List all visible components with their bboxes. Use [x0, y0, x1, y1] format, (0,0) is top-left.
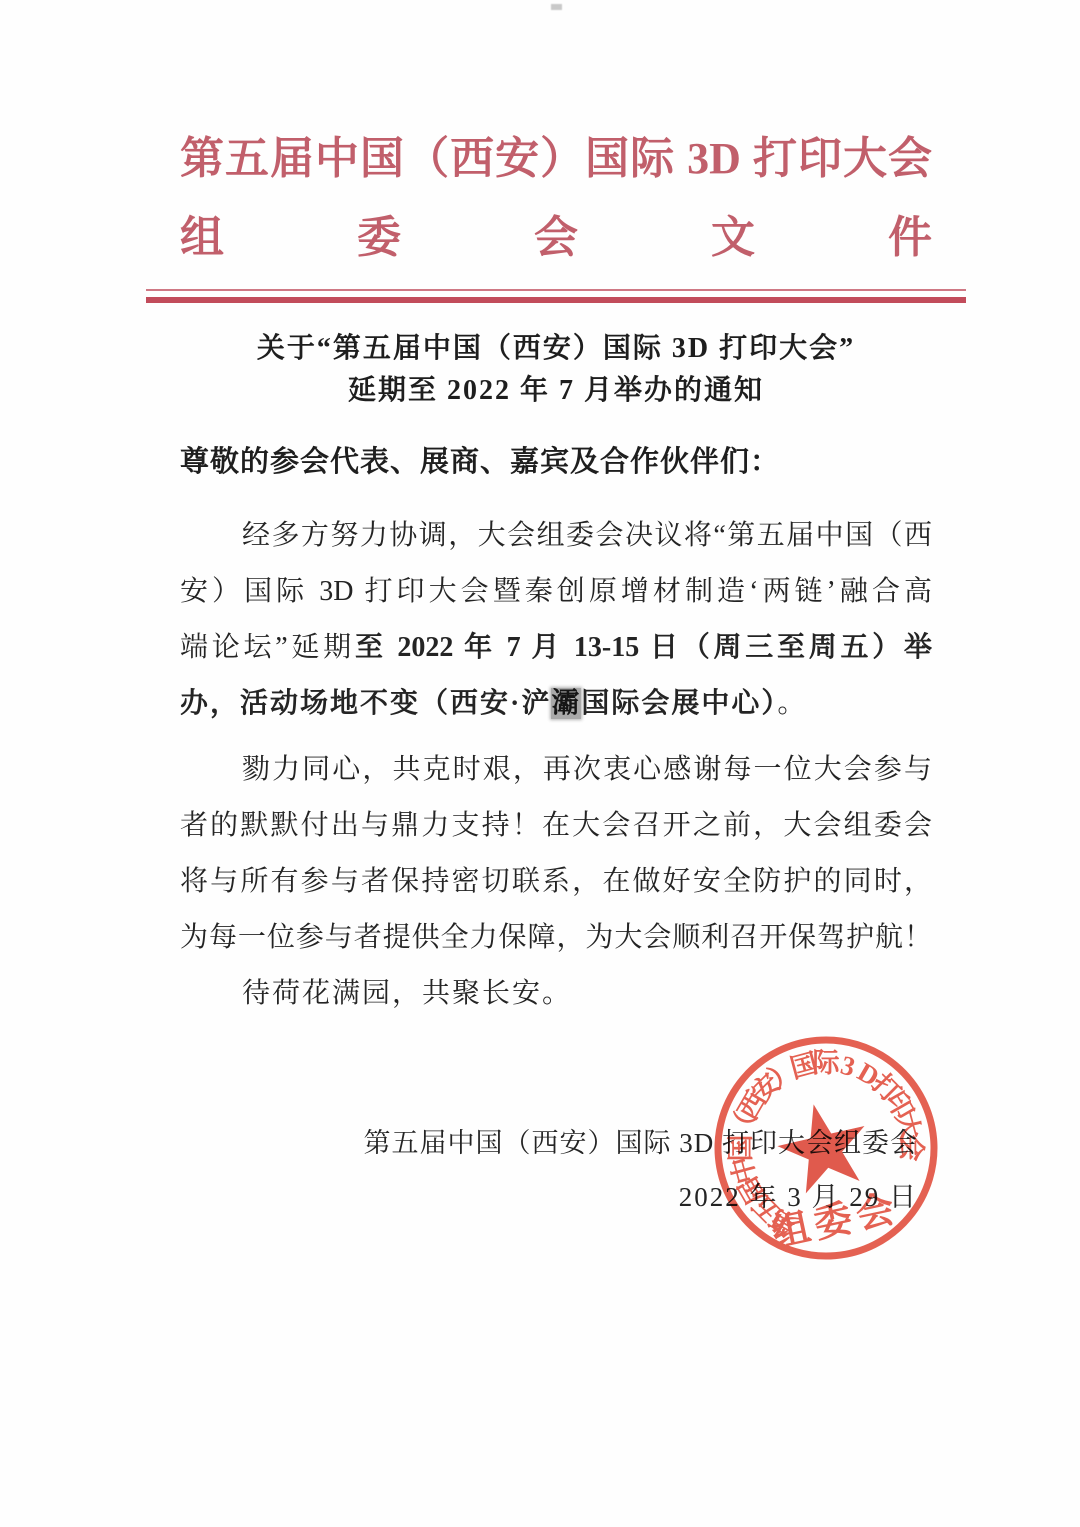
text-segment: 办，活动场地不变（西安·浐	[180, 688, 551, 719]
divider-rule-thick	[146, 297, 966, 303]
text-segment: 至 2022 年 7 月 13-15 日（周三至周五）举	[355, 632, 932, 663]
seal-ring-char: 会	[896, 1135, 926, 1162]
text-segment: 。	[777, 688, 807, 719]
text-segment: 者的默默付出与鼎力支持！在大会召开之前，大会组委会	[180, 810, 932, 841]
text-segment: 将与所有参与者保持密切联系，在做好安全防护的同时，	[180, 866, 932, 897]
body-line: 勠力同心，共克时艰，再次衷心感谢每一位大会参与	[180, 742, 932, 798]
red-star-icon	[770, 1094, 876, 1197]
text-segment: 为每一位参与者提供全力保障，为大会顺利召开保驾护航！	[180, 922, 932, 953]
paragraph: 勠力同心，共克时艰，再次衷心感谢每一位大会参与者的默默付出与鼎力支持！在大会召开…	[180, 742, 932, 966]
text-segment: 端论坛”延期	[180, 632, 355, 663]
notice-title-line2: 延期至 2022 年 7 月举办的通知	[180, 370, 932, 412]
official-seal-icon: 第五届中国（西安）国际3D打印大会 组委会	[706, 1028, 946, 1268]
notice-title-line1: 关于“第五届中国（西安）国际 3D 打印大会”	[180, 328, 932, 370]
body-line: 经多方努力协调，大会组委会决议将“第五届中国（西	[180, 508, 932, 564]
text-segment: 经多方努力协调，大会组委会决议将“第五届中国（西	[242, 520, 932, 551]
smudged-character: 灞	[551, 688, 581, 719]
body-line: 将与所有参与者保持密切联系，在做好安全防护的同时，	[180, 854, 932, 910]
paragraph: 待荷花满园，共聚长安。	[180, 966, 932, 1022]
letterhead-subtitle: 组委会文件	[180, 208, 932, 268]
body-text: 经多方努力协调，大会组委会决议将“第五届中国（西安）国际 3D 打印大会暨秦创原…	[180, 508, 932, 1022]
body-line: 办，活动场地不变（西安·浐灞国际会展中心）。	[180, 676, 932, 732]
seal-ring-char: 际	[813, 1048, 841, 1078]
text-segment: 安）国际 3D 打印大会暨秦创原增材制造‘两链’融合高	[180, 576, 932, 607]
notice-title: 关于“第五届中国（西安）国际 3D 打印大会” 延期至 2022 年 7 月举办…	[180, 328, 932, 412]
body-line: 安）国际 3D 打印大会暨秦创原增材制造‘两链’融合高	[180, 564, 932, 620]
body-line: 为每一位参与者提供全力保障，为大会顺利召开保驾护航！	[180, 910, 932, 966]
text-segment: 待荷花满园，共聚长安。	[242, 978, 572, 1009]
letterhead-title: 第五届中国（西安）国际 3D 打印大会	[180, 126, 932, 192]
body-line: 者的默默付出与鼎力支持！在大会召开之前，大会组委会	[180, 798, 932, 854]
salutation: 尊敬的参会代表、展商、嘉宾及合作伙伴们：	[180, 444, 932, 480]
paragraph: 经多方努力协调，大会组委会决议将“第五届中国（西安）国际 3D 打印大会暨秦创原…	[180, 508, 932, 732]
document-page: 第五届中国（西安）国际 3D 打印大会 组委会文件 关于“第五届中国（西安）国际…	[0, 0, 1080, 1527]
text-segment: 国际会展中心）	[581, 688, 777, 719]
body-line: 端论坛”延期至 2022 年 7 月 13-15 日（周三至周五）举	[180, 620, 932, 676]
text-segment: 勠力同心，共克时艰，再次衷心感谢每一位大会参与	[242, 754, 932, 785]
seal-bottom-label: 组委会	[768, 1188, 903, 1256]
body-line: 待荷花满园，共聚长安。	[180, 966, 932, 1022]
scan-artifact-speck	[551, 4, 562, 10]
divider-rule-thin	[146, 289, 966, 291]
